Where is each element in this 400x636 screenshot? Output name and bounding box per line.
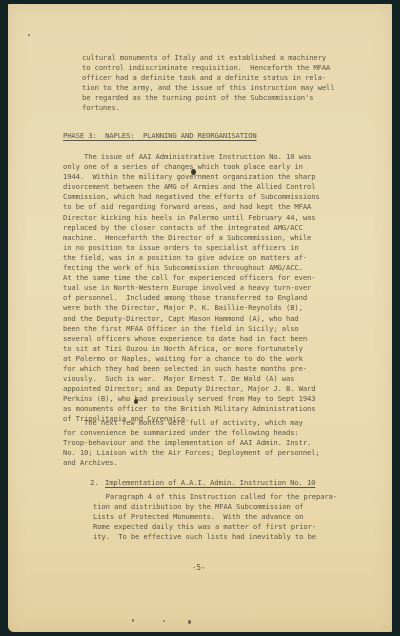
text-line: The issue of AAI Administrative Instruct…: [63, 152, 320, 162]
text-line: ity. To be effective such lists had inev…: [93, 532, 337, 542]
text-line: at Palermo or Naples, waiting for a chan…: [63, 354, 320, 364]
section-heading: PHASE 3: NAPLES: PLANNING AND REORGANISA…: [63, 131, 257, 141]
text-line: to be of aid regarding forward areas, an…: [63, 202, 320, 212]
text-line: viously. Such is war. Major Ernest T. De…: [63, 374, 320, 384]
paragraph-implementation: Paragraph 4 of this Instruction called f…: [93, 492, 337, 542]
text-line: to sit at Tizi Ouzou in North Africa, or…: [63, 344, 320, 354]
speck: [28, 34, 30, 36]
text-line: as monuments officer to the British Mili…: [63, 404, 320, 414]
speck: [188, 620, 191, 624]
speck: [163, 620, 165, 622]
text-line: of personnel. Included among those trans…: [63, 293, 320, 303]
text-line: Paragraph 4 of this Instruction called f…: [93, 492, 337, 502]
paragraph-phase-3: The issue of AAI Administrative Instruct…: [63, 152, 320, 425]
paragraph-summary-heads: The next few months were full of activit…: [63, 418, 320, 468]
text-line: several officers whose experience to dat…: [63, 334, 320, 344]
text-line: Rome expected daily this was a matter of…: [93, 522, 337, 532]
speck: [132, 619, 134, 622]
intro-paragraph: cultural monuments of Italy and it estab…: [82, 53, 334, 114]
text-line: were both the Director, Major P. K. Bail…: [63, 303, 320, 313]
document-page: cultural monuments of Italy and it estab…: [8, 4, 392, 632]
text-line: Lists of Protected Monuments. With the a…: [93, 512, 337, 522]
text-line: fecting the work of his Subcommission th…: [63, 263, 320, 273]
text-line: for convenience be summarized under the …: [63, 428, 320, 438]
text-line: be regarded as the turning point of the …: [82, 93, 334, 103]
text-line: the field, was in a position to give adv…: [63, 253, 320, 263]
text-line: appointed Director; and as Deputy Direct…: [63, 384, 320, 394]
subsection-heading: Implementation of A.A.I. Admin. Instruct…: [105, 478, 315, 488]
text-line: fortunes.: [82, 103, 334, 113]
text-line: divorcement between the AMG of Armies an…: [63, 182, 320, 192]
ink-blot: [191, 169, 196, 175]
text-line: At the same time the call for experience…: [63, 273, 320, 283]
text-line: replaced by the closer contacts of the i…: [63, 223, 320, 233]
text-line: The next few months were full of activit…: [63, 418, 320, 428]
text-line: to control indiscriminate requisition. H…: [82, 63, 334, 73]
page-number: -5-: [192, 563, 206, 572]
text-line: and the Deputy-Director, Capt Mason Hamm…: [63, 314, 320, 324]
text-line: officer had a definite task and a defini…: [82, 73, 334, 83]
text-line: No. 10; Liaison with the Air Forces; Dep…: [63, 448, 320, 458]
text-line: tion to the army, and the issue of this …: [82, 83, 334, 93]
text-line: Director kicking his heels in Palermo un…: [63, 213, 320, 223]
text-line: in no position to issue orders to specia…: [63, 243, 320, 253]
text-line: for which they had been selected in such…: [63, 364, 320, 374]
text-line: tion and distribution by the MFAA Subcom…: [93, 502, 337, 512]
subsection-number: 2.: [90, 478, 98, 488]
text-line: Perkins (B), who had previously served f…: [63, 394, 320, 404]
text-line: and Archives.: [63, 458, 320, 468]
text-line: Commission, which had negatived the effo…: [63, 192, 320, 202]
text-line: cultural monuments of Italy and it estab…: [82, 53, 334, 63]
text-line: tual use in North-Western Europe involve…: [63, 283, 320, 293]
text-line: Troop-behaviour and the implementation o…: [63, 438, 320, 448]
text-line: been the first MFAA Officer in the field…: [63, 324, 320, 334]
text-line: machine. Henceforth the Director of a Su…: [63, 233, 320, 243]
ink-blot: [134, 399, 138, 404]
